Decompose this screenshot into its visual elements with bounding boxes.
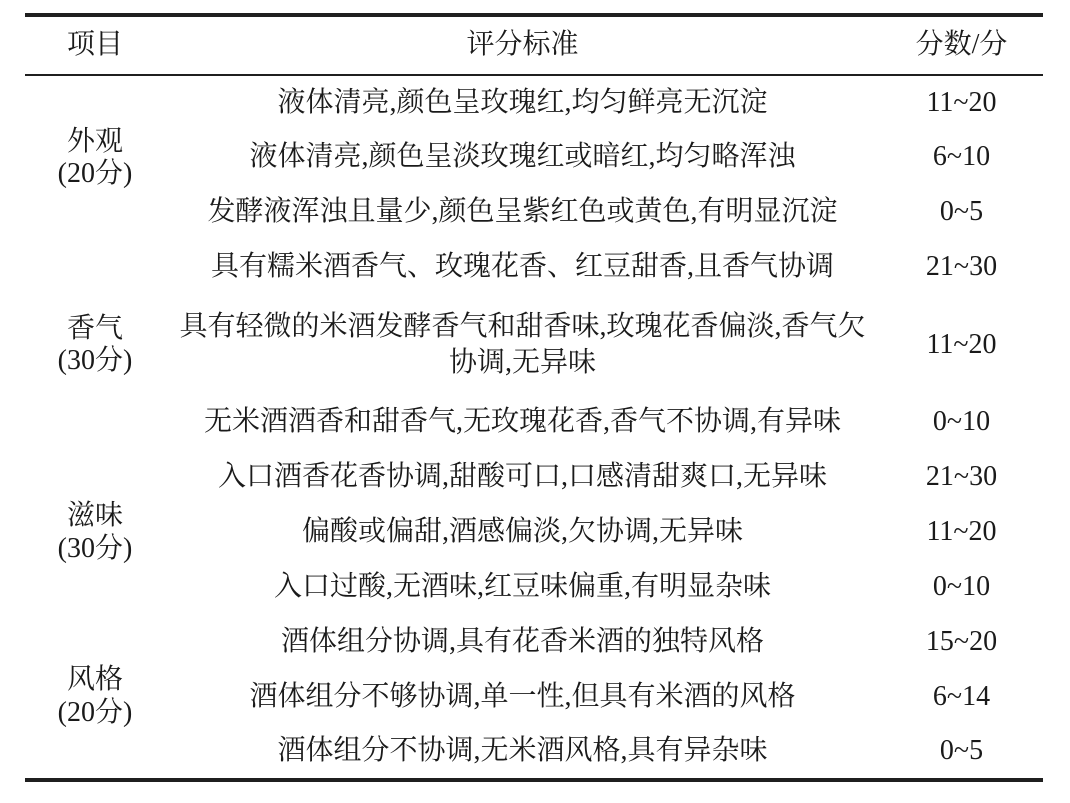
table-row: 香气 (30分) 具有糯米酒香气、玫瑰花香、红豆甜香,且香气协调 21~30 — [25, 240, 1043, 295]
table-row: 酒体组分不协调,无米酒风格,具有异杂味 0~5 — [25, 725, 1043, 780]
score-cell: 6~10 — [880, 130, 1043, 185]
group-label-cell-taste: 滋味 (30分) — [25, 450, 165, 615]
table-row: 入口过酸,无酒味,红豆味偏重,有明显杂味 0~10 — [25, 560, 1043, 615]
group-label-cell-style: 风格 (20分) — [25, 615, 165, 780]
table-row: 酒体组分不够协调,单一性,但具有米酒的风格 6~14 — [25, 670, 1043, 725]
group-total-score: (30分) — [27, 533, 163, 565]
scoring-criteria-table: 项目 评分标准 分数/分 外观 (20分) 液体清亮,颜色呈玫瑰红,均匀鲜亮无沉… — [25, 13, 1043, 782]
score-cell: 15~20 — [880, 615, 1043, 670]
criterion-cell: 液体清亮,颜色呈淡玫瑰红或暗红,均匀略浑浊 — [165, 130, 880, 185]
table-row: 外观 (20分) 液体清亮,颜色呈玫瑰红,均匀鲜亮无沉淀 11~20 — [25, 75, 1043, 130]
group-total-score: (20分) — [27, 158, 163, 190]
group-name: 风格 — [27, 664, 163, 696]
criterion-cell: 无米酒酒香和甜香气,无玫瑰花香,香气不协调,有异味 — [165, 395, 880, 450]
group-name: 外观 — [27, 126, 163, 158]
table-row: 偏酸或偏甜,酒感偏淡,欠协调,无异味 11~20 — [25, 505, 1043, 560]
group-total-score: (20分) — [27, 697, 163, 729]
group-total-score: (30分) — [27, 345, 163, 377]
score-cell: 0~5 — [880, 725, 1043, 780]
score-cell: 11~20 — [880, 505, 1043, 560]
criterion-cell: 入口过酸,无酒味,红豆味偏重,有明显杂味 — [165, 560, 880, 615]
criterion-cell: 酒体组分协调,具有花香米酒的独特风格 — [165, 615, 880, 670]
table-row: 发酵液浑浊且量少,颜色呈紫红色或黄色,有明显沉淀 0~5 — [25, 185, 1043, 240]
criterion-cell: 偏酸或偏甜,酒感偏淡,欠协调,无异味 — [165, 505, 880, 560]
score-cell: 0~10 — [880, 395, 1043, 450]
criterion-cell: 具有轻微的米酒发酵香气和甜香味,玫瑰花香偏淡,香气欠协调,无异味 — [165, 295, 880, 395]
criterion-cell: 酒体组分不协调,无米酒风格,具有异杂味 — [165, 725, 880, 780]
header-cell-score: 分数/分 — [880, 15, 1043, 75]
score-cell: 11~20 — [880, 295, 1043, 395]
table-row: 液体清亮,颜色呈淡玫瑰红或暗红,均匀略浑浊 6~10 — [25, 130, 1043, 185]
criterion-cell: 液体清亮,颜色呈玫瑰红,均匀鲜亮无沉淀 — [165, 75, 880, 130]
group-label-cell-aroma: 香气 (30分) — [25, 240, 165, 450]
group-name: 滋味 — [27, 500, 163, 532]
score-cell: 0~10 — [880, 560, 1043, 615]
header-cell-criteria: 评分标准 — [165, 15, 880, 75]
group-label-cell-appearance: 外观 (20分) — [25, 75, 165, 240]
score-cell: 6~14 — [880, 670, 1043, 725]
score-cell: 11~20 — [880, 75, 1043, 130]
table-row: 滋味 (30分) 入口酒香花香协调,甜酸可口,口感清甜爽口,无异味 21~30 — [25, 450, 1043, 505]
table-row: 风格 (20分) 酒体组分协调,具有花香米酒的独特风格 15~20 — [25, 615, 1043, 670]
score-cell: 21~30 — [880, 240, 1043, 295]
header-row: 项目 评分标准 分数/分 — [25, 15, 1043, 75]
criterion-cell: 发酵液浑浊且量少,颜色呈紫红色或黄色,有明显沉淀 — [165, 185, 880, 240]
header-cell-item: 项目 — [25, 15, 165, 75]
criterion-cell: 具有糯米酒香气、玫瑰花香、红豆甜香,且香气协调 — [165, 240, 880, 295]
table-row: 无米酒酒香和甜香气,无玫瑰花香,香气不协调,有异味 0~10 — [25, 395, 1043, 450]
score-cell: 0~5 — [880, 185, 1043, 240]
score-cell: 21~30 — [880, 450, 1043, 505]
scoring-criteria-table-wrap: 项目 评分标准 分数/分 外观 (20分) 液体清亮,颜色呈玫瑰红,均匀鲜亮无沉… — [25, 13, 1043, 782]
criterion-cell: 酒体组分不够协调,单一性,但具有米酒的风格 — [165, 670, 880, 725]
criterion-cell: 入口酒香花香协调,甜酸可口,口感清甜爽口,无异味 — [165, 450, 880, 505]
group-name: 香气 — [27, 313, 163, 345]
table-row: 具有轻微的米酒发酵香气和甜香味,玫瑰花香偏淡,香气欠协调,无异味 11~20 — [25, 295, 1043, 395]
